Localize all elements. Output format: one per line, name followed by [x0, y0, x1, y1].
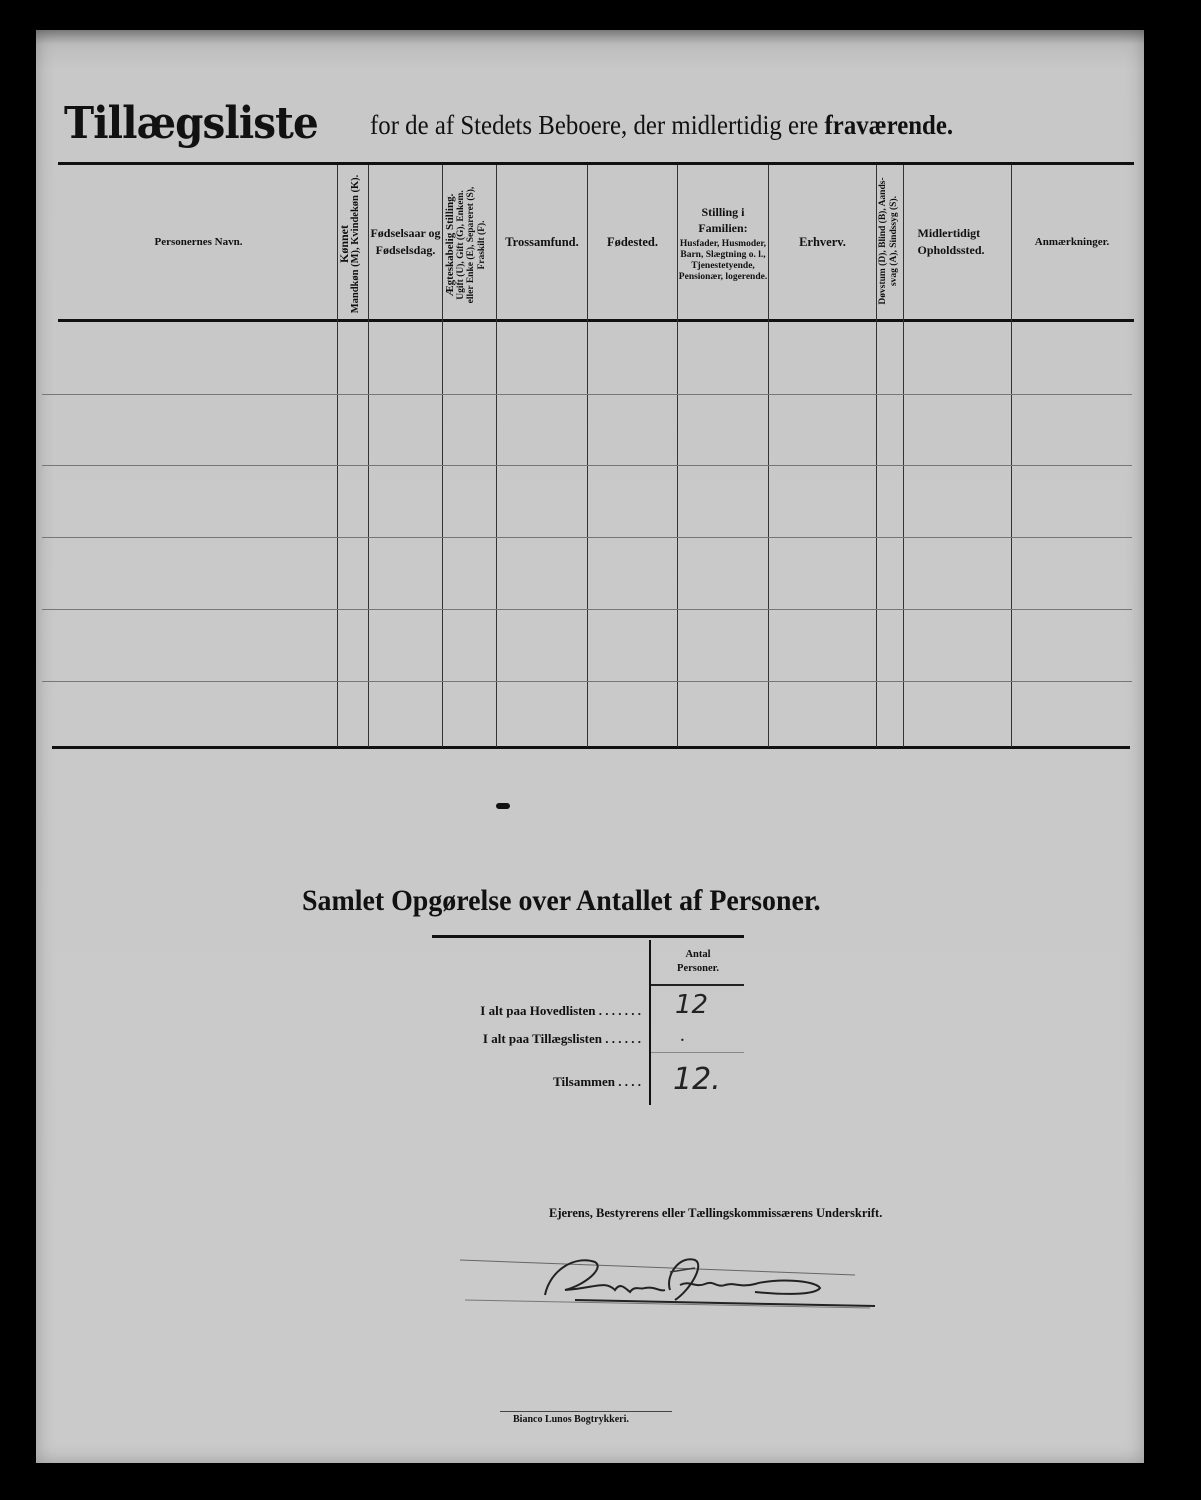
summary-subtotal-rule	[651, 1052, 744, 1053]
col-header-remarks: Anmærkninger.	[1012, 166, 1132, 318]
col-divider	[442, 165, 443, 747]
col-divider	[876, 165, 877, 747]
summary-col-header-line1: Antal	[685, 948, 710, 962]
col-header-disability-line1: Døvstum (D), Blind (B), Aands-	[878, 166, 889, 316]
printer-imprint: Bianco Lunos Bogtrykkeri.	[513, 1414, 629, 1425]
row-divider	[42, 681, 1132, 682]
summary-value-supplement-list: •	[680, 1036, 685, 1045]
col-header-temp-residence: Midlertidigt Opholdssted.	[904, 166, 1011, 318]
col-header-marital-line4: Fraskilt (F).	[477, 170, 488, 320]
col-header-family-title: Stilling i Familien:	[678, 204, 768, 236]
summary-header-rule	[651, 984, 744, 986]
col-header-marital-title: Ægteskabelig Stilling.	[445, 170, 456, 320]
col-header-sex-title: Kønnet	[339, 169, 350, 319]
col-header-sex-detail: Mandkøn (M), Kvindekøn (K).	[350, 169, 361, 319]
summary-value-main-list: 12	[675, 990, 708, 1020]
signature	[455, 1240, 885, 1320]
row-divider	[42, 537, 1132, 538]
title-subtitle-text: for de af Stedets Beboere, der midlertid…	[370, 110, 825, 140]
col-header-birth-label: Fødselsaar og Fødselsdag.	[369, 225, 442, 259]
col-header-family-detail: Husfader, Husmoder, Barn, Slægtning o. l…	[678, 239, 768, 283]
summary-label-supplement-list: I alt paa Tillægslisten . . . . . .	[483, 1031, 641, 1047]
printer-rule	[500, 1411, 672, 1412]
col-header-disability: Døvstum (D), Blind (B), Aands- svag (A),…	[878, 166, 902, 316]
col-header-name: Personernes Navn.	[60, 166, 337, 318]
summary-label-main-list: I alt paa Hovedlisten . . . . . . .	[480, 1003, 641, 1019]
col-header-occupation-label: Erhverv.	[799, 234, 846, 251]
col-header-religion: Trossamfund.	[497, 166, 587, 318]
col-header-family-position: Stilling i Familien: Husfader, Husmoder,…	[678, 186, 768, 301]
col-header-marital: Ægteskabelig Stilling. Ugift (U), Gift (…	[445, 170, 491, 320]
col-header-marital-line3: eller Enke (E), Separeret (S),	[466, 170, 477, 320]
col-header-religion-label: Trossamfund.	[505, 234, 579, 251]
header-bottom-rule	[58, 319, 1134, 322]
title-subtitle: for de af Stedets Beboere, der midlertid…	[370, 110, 953, 141]
col-header-disability-line2: svag (A), Sindssyg (S).	[889, 166, 900, 316]
col-header-temp-residence-label: Midlertidigt Opholdssted.	[918, 225, 998, 259]
title-main: Tillægsliste	[64, 98, 318, 149]
summary-value-total: 12.	[673, 1062, 721, 1097]
document-title: Tillægsliste for de af Stedets Beboere, …	[64, 98, 1124, 158]
col-header-birthplace-label: Fødested.	[607, 234, 658, 251]
col-header-marital-line2: Ugift (U), Gift (G), Enkem.	[456, 170, 467, 320]
col-header-name-label: Personernes Navn.	[155, 236, 243, 249]
summary-col-header-line2: Personer.	[677, 962, 719, 976]
signature-label: Ejerens, Bestyrerens eller Tællingskommi…	[549, 1206, 882, 1221]
summary-top-rule	[432, 935, 744, 938]
table-bottom-rule	[52, 746, 1130, 749]
col-header-birthplace: Fødested.	[588, 166, 677, 318]
title-emphasis: fraværende.	[825, 110, 954, 140]
col-header-remarks-label: Anmærkninger.	[1035, 236, 1109, 249]
table-top-rule	[58, 162, 1134, 165]
row-divider	[42, 394, 1132, 395]
ink-mark	[496, 803, 510, 809]
col-header-birth: Fødselsaar og Fødselsdag.	[369, 166, 442, 318]
summary-col-header: Antal Personer.	[652, 942, 744, 982]
summary-divider	[649, 940, 651, 1105]
row-divider	[42, 609, 1132, 610]
summary-title: Samlet Opgørelse over Antallet af Person…	[302, 884, 821, 918]
col-header-sex: Kønnet Mandkøn (M), Kvindekøn (K).	[339, 169, 367, 319]
col-header-occupation: Erhverv.	[769, 166, 876, 318]
summary-label-total: Tilsammen . . . .	[553, 1074, 641, 1090]
row-divider	[42, 465, 1132, 466]
